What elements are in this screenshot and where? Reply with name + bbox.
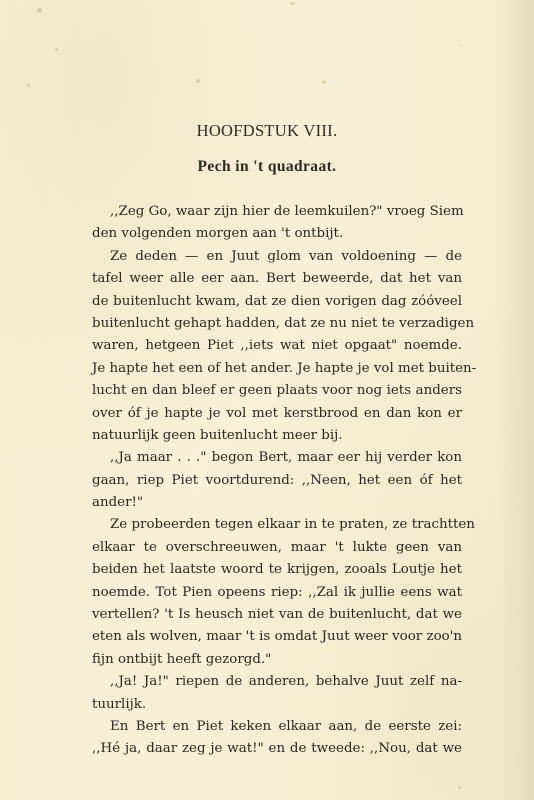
text-line: ,,Hé ja, daar zeg je wat!" en de tweede:… xyxy=(92,738,462,760)
text-line: den volgenden morgen aan 't ontbijt. xyxy=(92,223,462,245)
text-line: ,,Ja! Ja!" riepen de anderen, behalve Ju… xyxy=(92,671,462,693)
text-line: En Bert en Piet keken elkaar aan, de eer… xyxy=(92,716,462,738)
text-line: tafel weer alle eer aan. Bert beweerde, … xyxy=(92,268,462,290)
text-line: Ze probeerden tegen elkaar in te praten,… xyxy=(92,514,462,536)
foxing-spot xyxy=(458,786,461,789)
body-text: ,,Zeg Go, waar zijn hier de leemkuilen?"… xyxy=(92,201,462,761)
text-line: vertellen? 't Is heusch niet van de buit… xyxy=(92,604,462,626)
text-line: fijn ontbijt heeft gezorgd." xyxy=(92,649,462,671)
text-line: elkaar te overschreeuwen, maar 't lukte … xyxy=(92,537,462,559)
foxing-spot xyxy=(322,80,326,84)
text-line: Ze deden — en Juut glom van voldoening —… xyxy=(92,246,462,268)
text-line: waren, hetgeen Piet ,,iets wat niet opga… xyxy=(92,335,462,357)
text-line: over óf je hapte je vol met kerstbrood e… xyxy=(92,403,462,425)
text-line: ,,Ja maar . . ." begon Bert, maar eer hi… xyxy=(92,447,462,469)
foxing-spot xyxy=(55,48,58,51)
text-line: ,,Zeg Go, waar zijn hier de leemkuilen?"… xyxy=(92,201,462,223)
text-line: ander!" xyxy=(92,492,462,514)
text-line: gaan, riep Piet voortdurend: ,,Neen, het… xyxy=(92,470,462,492)
text-line: Je hapte het een of het ander. Je hapte … xyxy=(92,358,462,380)
text-line: natuurlijk geen buitenlucht meer bij. xyxy=(92,425,462,447)
text-line: eten als wolven, maar 't is omdat Juut w… xyxy=(92,626,462,648)
chapter-heading: HOOFDSTUK VIII. xyxy=(0,121,534,141)
foxing-spot xyxy=(27,84,30,87)
foxing-spot xyxy=(196,79,200,83)
foxing-spot xyxy=(290,2,295,5)
text-line: tuurlijk. xyxy=(92,694,462,716)
book-page: HOOFDSTUK VIII. Pech in 't quadraat. ,,Z… xyxy=(0,0,534,800)
foxing-spot xyxy=(37,8,42,13)
foxing-spot xyxy=(460,44,462,46)
text-line: lucht en dan bleef er geen plaats voor n… xyxy=(92,380,462,402)
text-line: buitenlucht gehapt hadden, dat ze nu nie… xyxy=(92,313,462,335)
text-line: beiden het laatste woord te krijgen, zoo… xyxy=(92,559,462,581)
chapter-title: Pech in 't quadraat. xyxy=(0,158,534,176)
text-line: de buitenlucht kwam, dat ze dien vorigen… xyxy=(92,291,462,313)
text-line: noemde. Tot Pien opeens riep: ,,Zal ik j… xyxy=(92,582,462,604)
